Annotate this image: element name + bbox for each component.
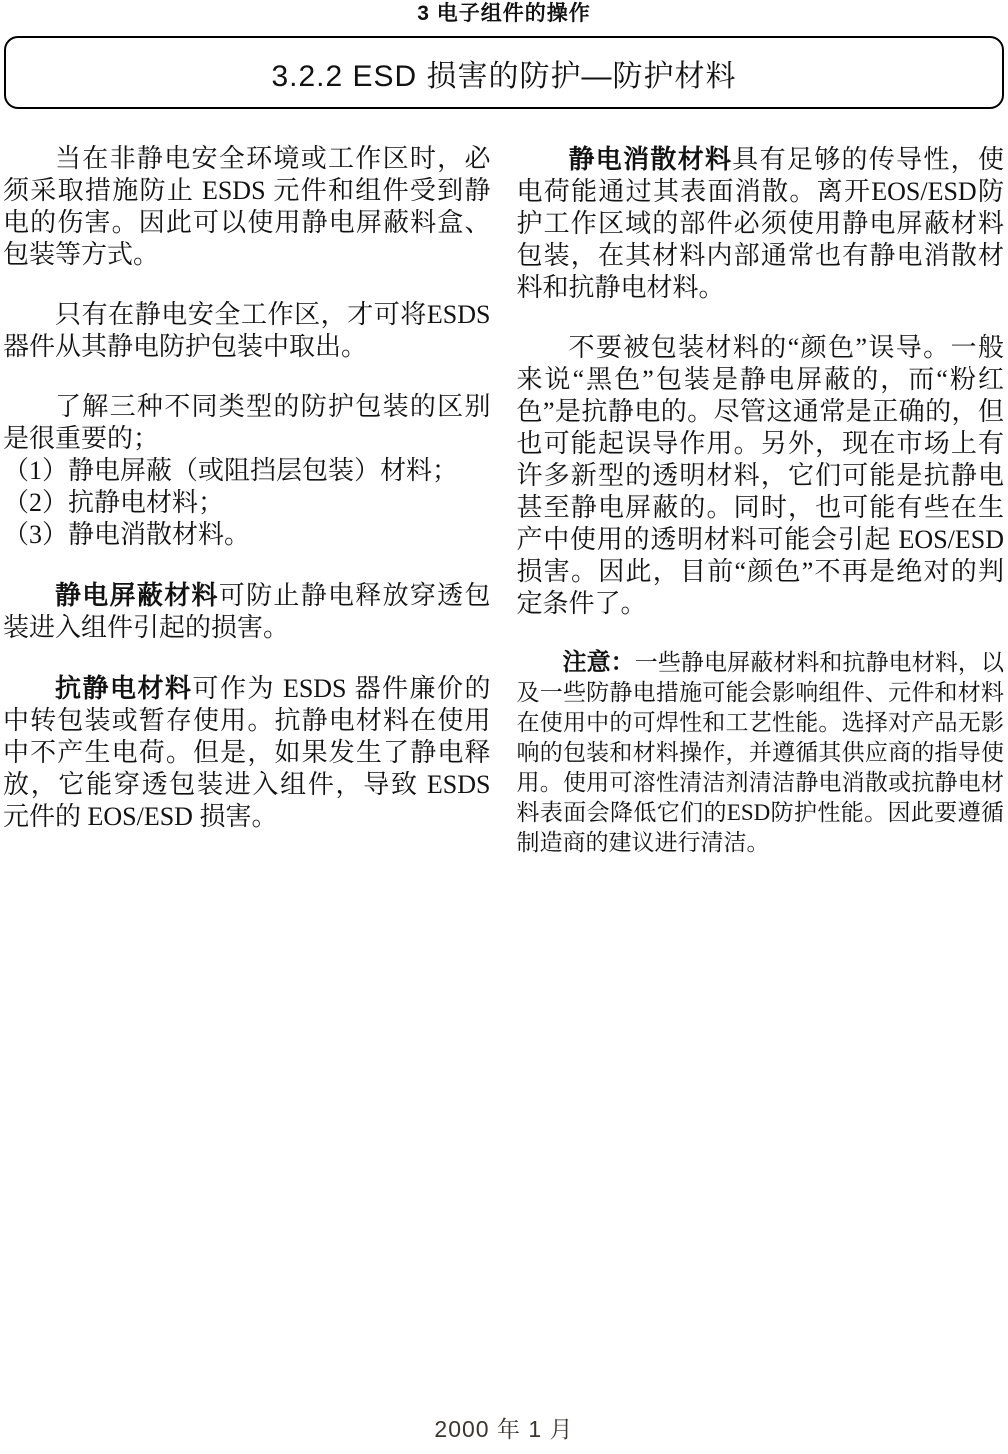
paragraph-text: 只有在静电安全工作区，才可将ESDS器件从其静电防护包装中取出。 bbox=[3, 300, 491, 361]
paragraph-text: 当在非静电安全环境或工作区时，必须采取措施防止 ESDS 元件和组件受到静电的伤… bbox=[3, 144, 491, 269]
paragraph-text: 一些静电屏蔽材料和抗静电材料，以及一些防静电措施可能会影响组件、元件和材料在使用… bbox=[517, 650, 1005, 855]
bold-lead: 注意： bbox=[563, 649, 635, 676]
list-item: （1）静电屏蔽（或阻挡层包装）材料； bbox=[3, 455, 491, 487]
bold-lead: 静电屏蔽材料 bbox=[55, 580, 219, 610]
numbered-list: （1）静电屏蔽（或阻挡层包装）材料；（2）抗静电材料；（3）静电消散材料。 bbox=[3, 455, 491, 551]
page-footer-date: 2000 年 1 月 bbox=[0, 1411, 1008, 1444]
right-column: 静电消散材料具有足够的传导性，使电荷能通过其表面消散。离开EOS/ESD防护工作… bbox=[517, 143, 1005, 861]
section-title: 3.2.2 ESD 损害的防护—防护材料 bbox=[271, 51, 736, 95]
running-header: 3 电子组件的操作 bbox=[0, 0, 1008, 26]
paragraph: 不要被包装材料的“颜色”误导。一般来说“黑色”包装是静电屏蔽的，而“粉红色”是抗… bbox=[517, 332, 1005, 620]
bold-lead: 静电消散材料 bbox=[569, 144, 733, 174]
left-column: 当在非静电安全环境或工作区时，必须采取措施防止 ESDS 元件和组件受到静电的伤… bbox=[3, 143, 491, 861]
paragraph: 静电屏蔽材料可防止静电释放穿透包装进入组件引起的损害。 bbox=[3, 579, 491, 644]
paragraph: 了解三种不同类型的防护包装的区别是很重要的； bbox=[3, 391, 491, 455]
paragraph: 抗静电材料可作为 ESDS 器件廉价的中转包装或暂存使用。抗静电材料在使用中不产… bbox=[3, 672, 491, 833]
paragraph-text: 不要被包装材料的“颜色”误导。一般来说“黑色”包装是静电屏蔽的，而“粉红色”是抗… bbox=[517, 333, 1005, 618]
section-title-box: 3.2.2 ESD 损害的防护—防护材料 bbox=[4, 36, 1004, 109]
paragraph-text: 了解三种不同类型的防护包装的区别是很重要的； bbox=[3, 392, 491, 453]
paragraph: 静电消散材料具有足够的传导性，使电荷能通过其表面消散。离开EOS/ESD防护工作… bbox=[517, 143, 1005, 304]
bold-lead: 抗静电材料 bbox=[55, 673, 192, 703]
paragraph: 当在非静电安全环境或工作区时，必须采取措施防止 ESDS 元件和组件受到静电的伤… bbox=[3, 143, 491, 271]
document-page: 3 电子组件的操作 3.2.2 ESD 损害的防护—防护材料 当在非静电安全环境… bbox=[0, 0, 1008, 1454]
list-item: （2）抗静电材料； bbox=[3, 487, 491, 519]
paragraph: 只有在静电安全工作区，才可将ESDS器件从其静电防护包装中取出。 bbox=[3, 299, 491, 363]
note-paragraph: 注意：一些静电屏蔽材料和抗静电材料，以及一些防静电措施可能会影响组件、元件和材料… bbox=[517, 648, 1005, 858]
two-column-body: 当在非静电安全环境或工作区时，必须采取措施防止 ESDS 元件和组件受到静电的伤… bbox=[0, 143, 1008, 861]
list-item: （3）静电消散材料。 bbox=[3, 519, 491, 551]
